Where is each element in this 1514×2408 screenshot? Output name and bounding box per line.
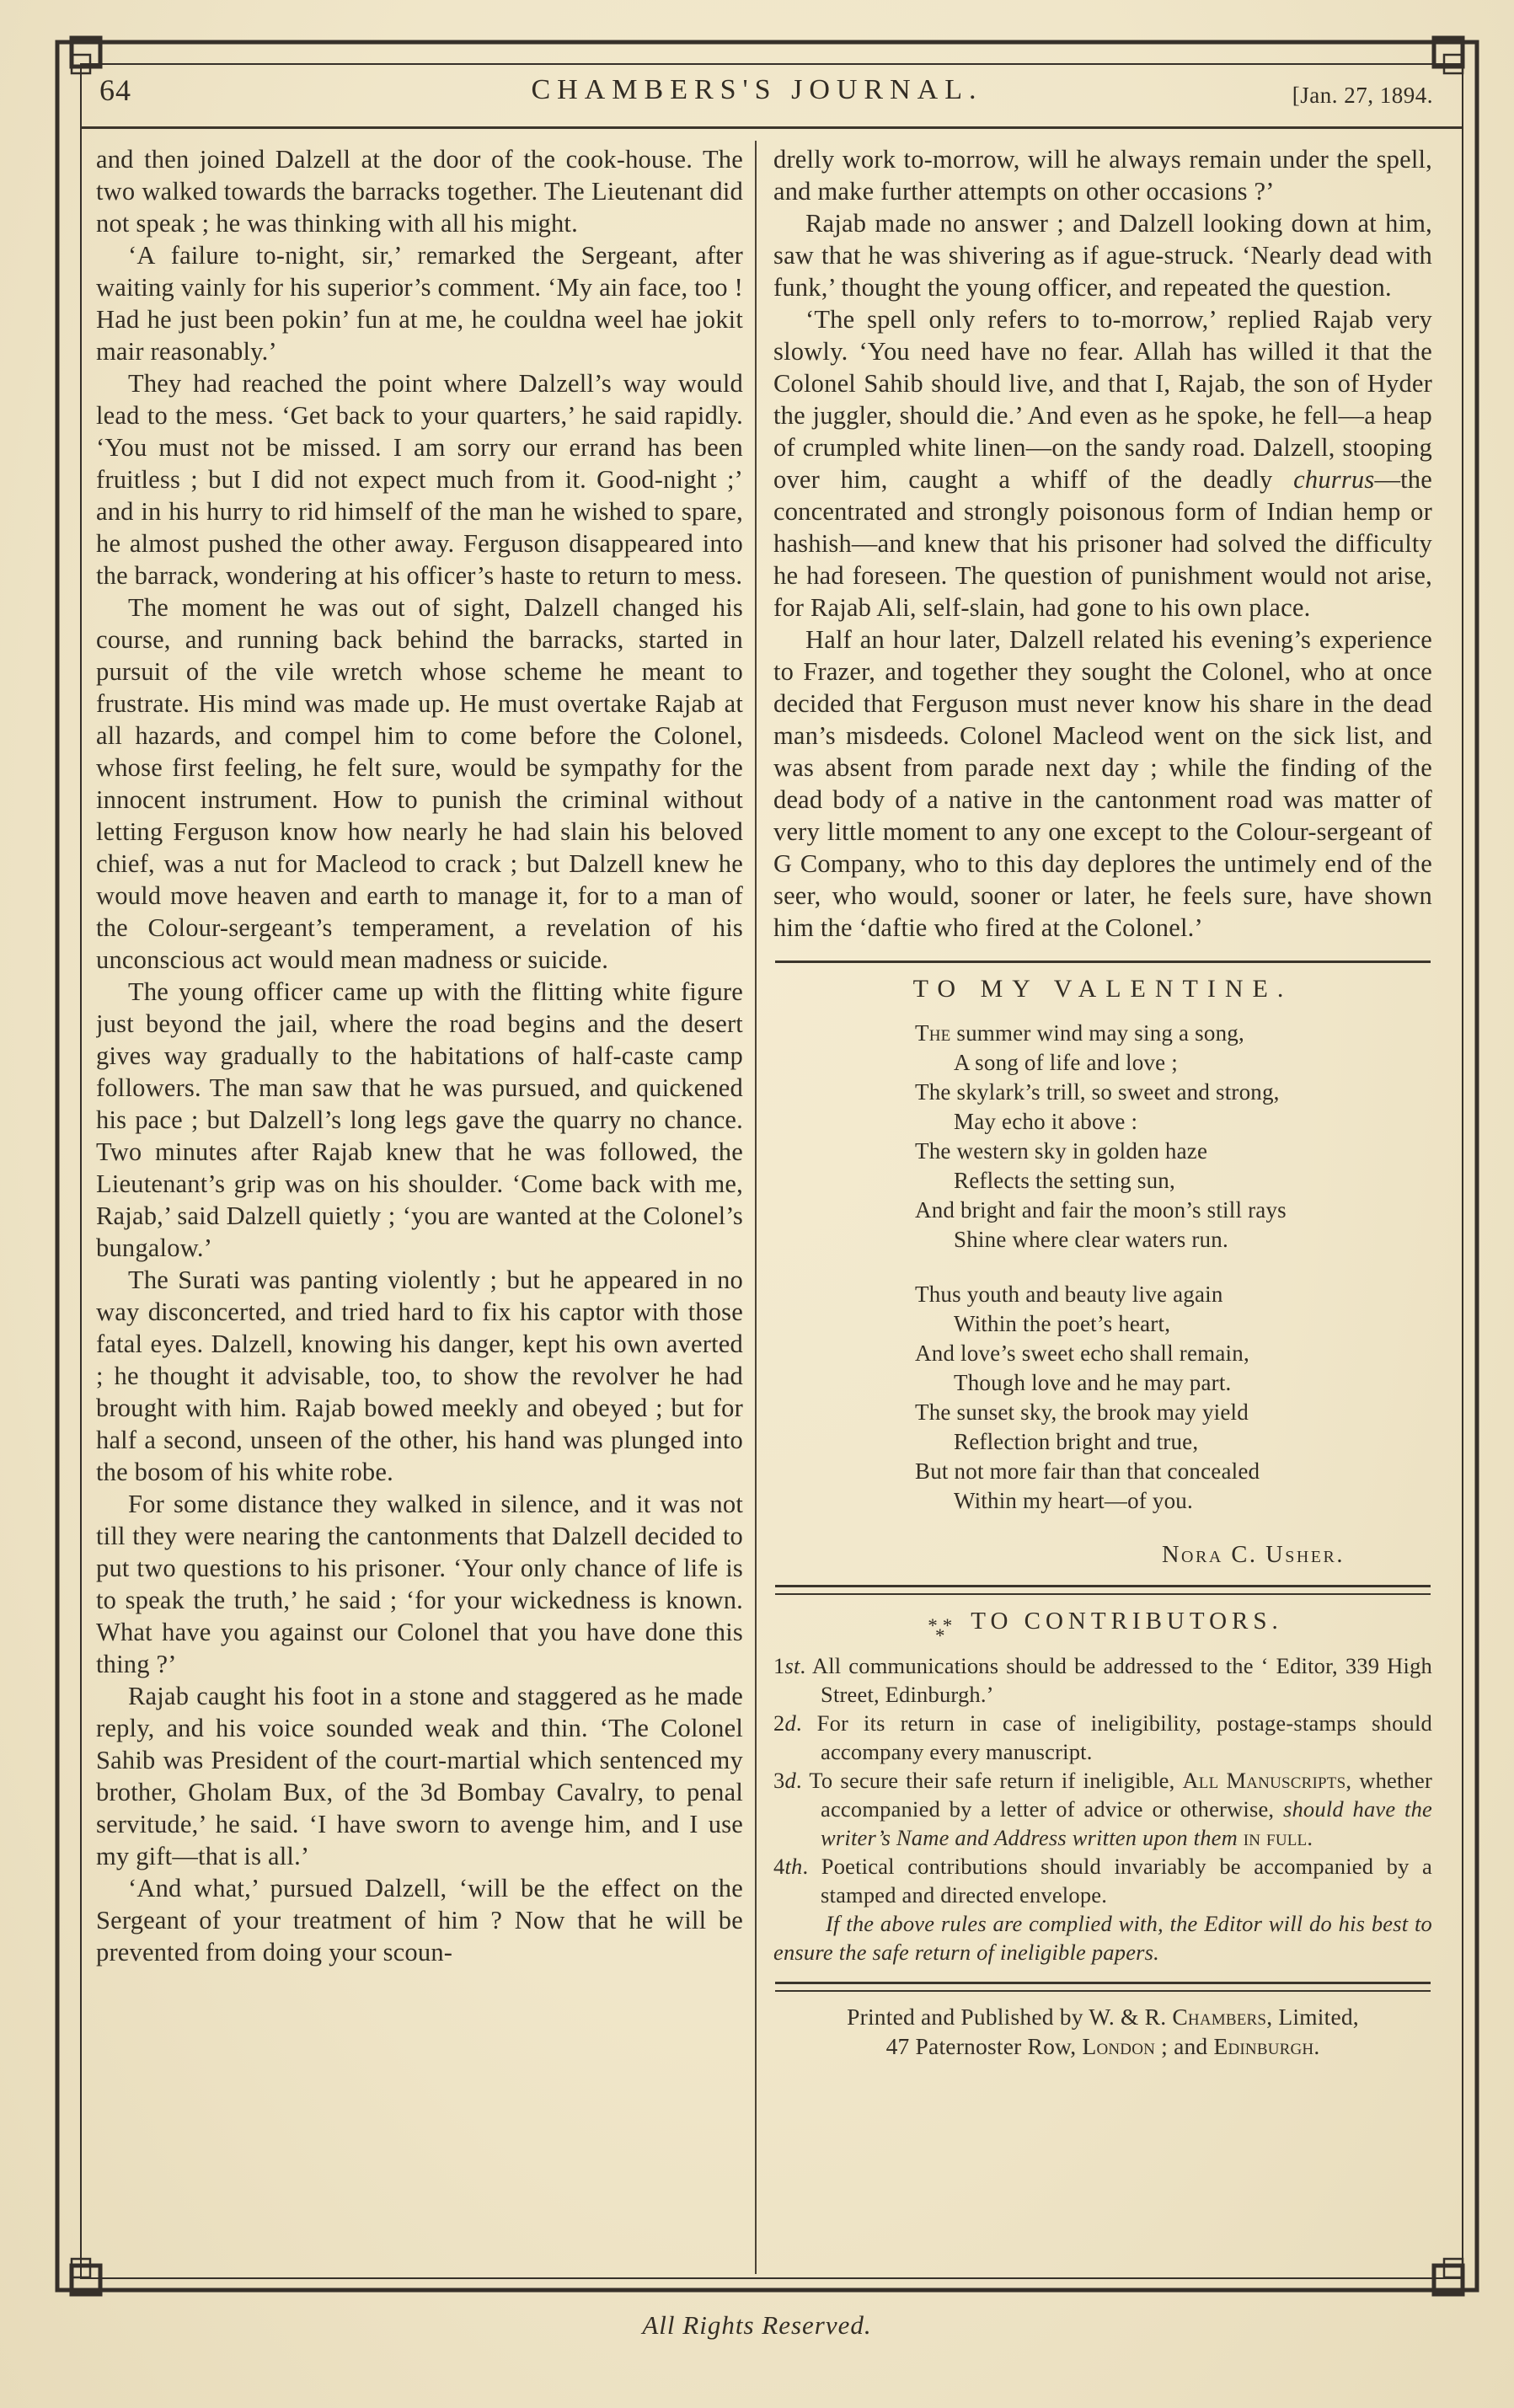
poem-line: May echo it above : xyxy=(773,1107,1432,1137)
paragraph: ‘And what,’ pursued Dalzell, ‘will be th… xyxy=(96,1872,743,1968)
journal-page: 64 CHAMBERS'S JOURNAL. [Jan. 27, 1894. a… xyxy=(0,0,1514,2408)
paragraph: drelly work to-morrow, will he always re… xyxy=(773,143,1432,207)
double-rule-above-contributors xyxy=(775,1585,1431,1595)
column-divider xyxy=(755,141,757,2274)
poem-line: The summer wind may sing a song, xyxy=(773,1019,1432,1048)
header-rule xyxy=(81,126,1462,129)
paragraph: The young officer came up with the flitt… xyxy=(96,976,743,1264)
paragraph: They had reached the point where Dalzell… xyxy=(96,367,743,591)
imprint-line: Printed and Published by W. & R. Chamber… xyxy=(773,2002,1432,2031)
poem-line: And love’s sweet echo shall remain, xyxy=(773,1339,1432,1368)
rights-notice: All Rights Reserved. xyxy=(0,2310,1514,2341)
poem: The summer wind may sing a song,A song o… xyxy=(773,1019,1432,1516)
poem-line: But not more fair than that concealed xyxy=(773,1457,1432,1486)
poem-line: A song of life and love ; xyxy=(773,1048,1432,1078)
corner-ornament-bottom-left xyxy=(72,2259,100,2294)
contributors-closing-note: If the above rules are complied with, th… xyxy=(773,1909,1432,1967)
poem-line: Shine where clear waters run. xyxy=(773,1225,1432,1255)
corner-ornament-top-right xyxy=(1434,38,1463,73)
poem-line: The sunset sky, the brook may yield xyxy=(773,1398,1432,1427)
poem-line: Thus youth and beauty live again xyxy=(773,1280,1432,1309)
right-column: drelly work to-morrow, will he always re… xyxy=(773,143,1432,2061)
poem-line: Though love and he may part. xyxy=(773,1368,1432,1398)
contributors-heading-label: TO CONTRIBUTORS. xyxy=(971,1608,1282,1635)
poem-line: The skylark’s trill, so sweet and strong… xyxy=(773,1078,1432,1107)
story-continuation: drelly work to-morrow, will he always re… xyxy=(773,143,1432,944)
imprint: Printed and Published by W. & R. Chamber… xyxy=(773,2002,1432,2061)
corner-ornament-top-left xyxy=(72,38,100,73)
poem-signature: Nora C. Usher. xyxy=(773,1541,1432,1570)
item-marker: 1st. xyxy=(773,1653,805,1678)
poem-line: Reflects the setting sun, xyxy=(773,1166,1432,1196)
asterism-icon: *** xyxy=(923,1621,957,1641)
paragraph: Half an hour later, Dalzell related his … xyxy=(773,623,1432,944)
poem-line: Within my heart—of you. xyxy=(773,1486,1432,1516)
poem-line: And bright and fair the moon’s still ray… xyxy=(773,1196,1432,1225)
item-marker: 4th. xyxy=(773,1854,808,1879)
journal-title: CHAMBERS'S JOURNAL. xyxy=(0,74,1514,106)
paragraph: and then joined Dalzell at the door of t… xyxy=(96,143,743,239)
contributors-list: 1st. All communications should be addres… xyxy=(773,1651,1432,1909)
left-column: and then joined Dalzell at the door of t… xyxy=(96,143,743,1968)
section-rule xyxy=(775,961,1431,963)
paragraph: Rajab caught his foot in a stone and sta… xyxy=(96,1680,743,1872)
poem-title: TO MY VALENTINE. xyxy=(773,973,1432,1005)
item-marker: 3d. xyxy=(773,1768,802,1793)
paragraph: The moment he was out of sight, Dalzell … xyxy=(96,591,743,976)
double-rule-above-imprint xyxy=(775,1982,1431,1992)
poem-line: Within the poet’s heart, xyxy=(773,1309,1432,1339)
contributors-heading: ***TO CONTRIBUTORS. xyxy=(773,1605,1432,1641)
paragraph: Rajab made no answer ; and Dalzell looki… xyxy=(773,207,1432,303)
imprint-line: 47 Paternoster Row, London ; and Edinbur… xyxy=(773,2031,1432,2061)
poem-line: Reflection bright and true, xyxy=(773,1427,1432,1457)
paragraph: ‘The spell only refers to to-morrow,’ re… xyxy=(773,303,1432,623)
item-marker: 2d. xyxy=(773,1710,802,1736)
contributor-rule-item: 4th. Poetical contributions should invar… xyxy=(773,1852,1432,1909)
contributor-rule-item: 1st. All communications should be addres… xyxy=(773,1651,1432,1709)
contributor-rule-item: 2d. For its return in case of ineligibil… xyxy=(773,1709,1432,1766)
issue-date: [Jan. 27, 1894. xyxy=(1292,83,1433,109)
paragraph: For some distance they walked in silence… xyxy=(96,1488,743,1680)
paragraph: The Surati was panting violently ; but h… xyxy=(96,1264,743,1488)
poem-stanza: Thus youth and beauty live againWithin t… xyxy=(773,1280,1432,1516)
contributor-rule-item: 3d. To secure their safe return if ineli… xyxy=(773,1766,1432,1852)
poem-line: The western sky in golden haze xyxy=(773,1137,1432,1166)
poem-stanza: The summer wind may sing a song,A song o… xyxy=(773,1019,1432,1255)
paragraph: ‘A failure to-night, sir,’ remarked the … xyxy=(96,239,743,367)
corner-ornament-bottom-right xyxy=(1434,2259,1463,2294)
